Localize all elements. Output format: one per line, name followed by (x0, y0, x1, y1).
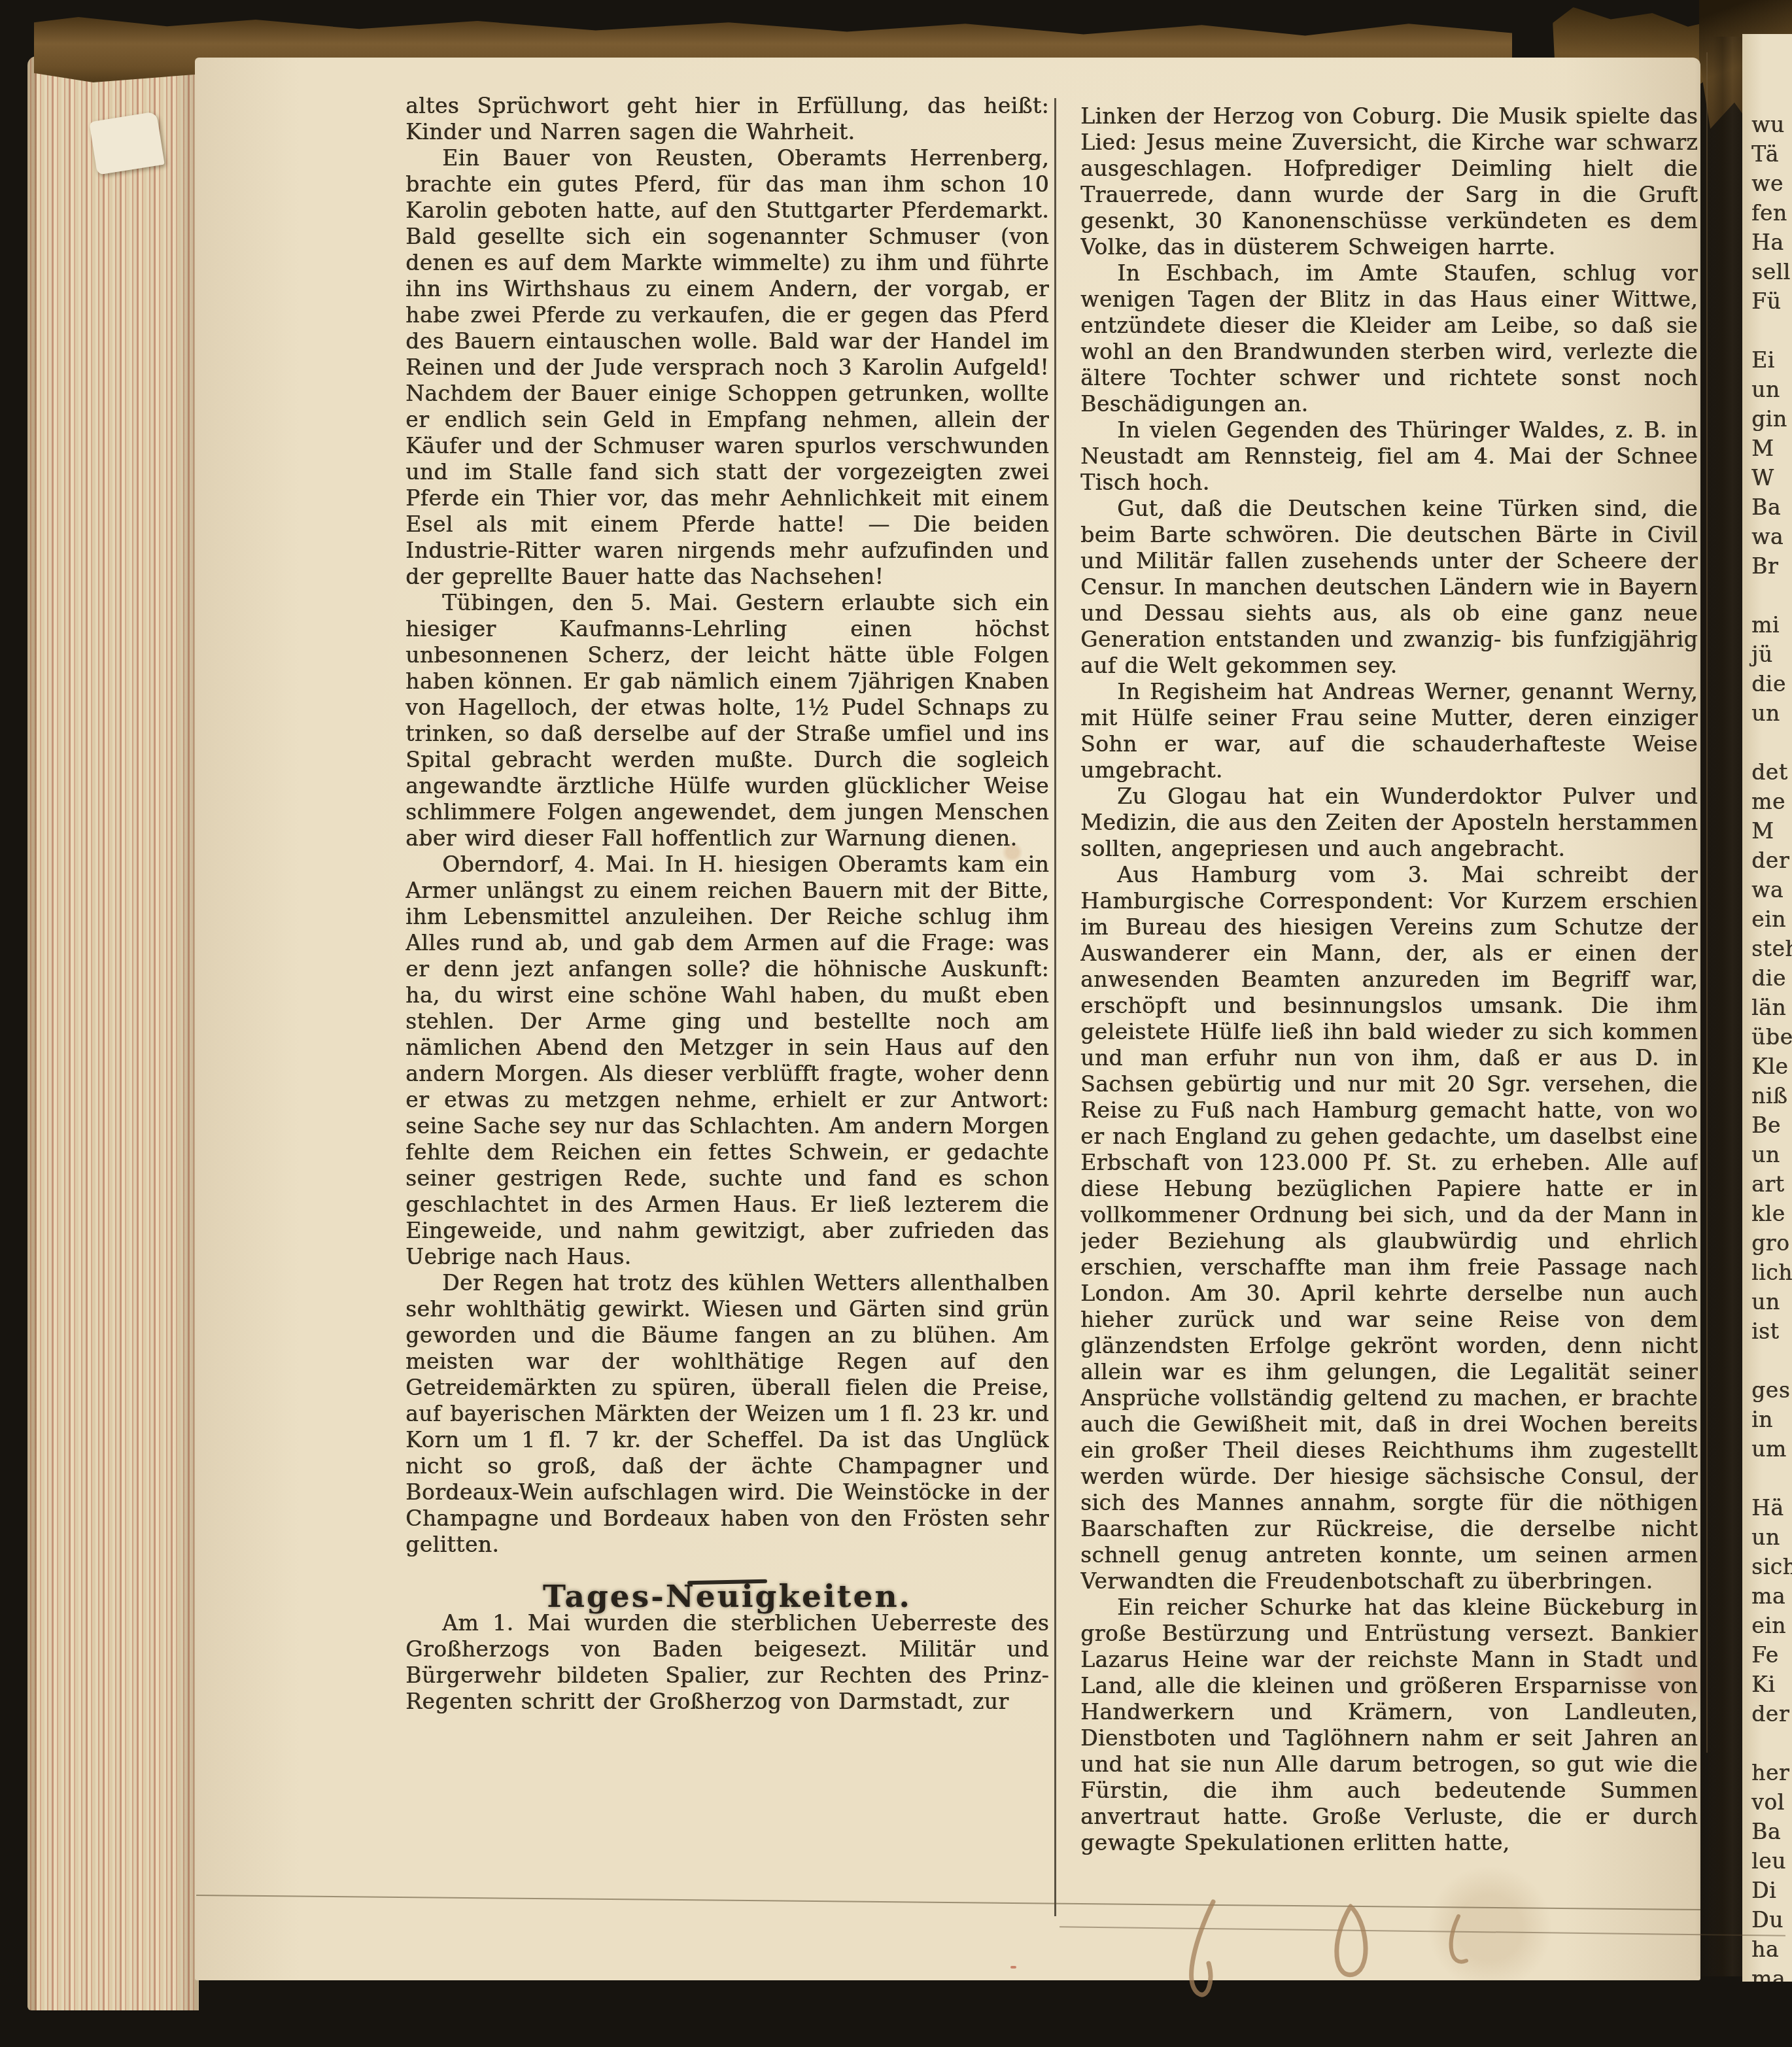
article-paragraph-bueckeburg-bankier: Ein reicher Schurke hat das kleine Bücke… (1080, 1594, 1698, 1856)
page-fold-crease (1706, 52, 1708, 1753)
article-paragraph-oberndorf: Oberndorf, 4. Mai. In H. hiesigen Oberam… (405, 851, 1049, 1270)
article-paragraph-regisheim: In Regisheim hat Andreas Werner, genannt… (1080, 679, 1698, 783)
article-paragraph-tuebingen: Tübingen, den 5. Mai. Gestern erlaubte s… (405, 590, 1049, 851)
next-page-text-fragments: wu Tä we fen Ha sell Fü Ei un gin M W Ba… (1742, 34, 1792, 1982)
column-divider-rule (1054, 98, 1056, 1916)
left-column: altes Sprüchwort geht hier in Erfüllung,… (405, 93, 1049, 1961)
binding-gutter-shadow (1695, 37, 1745, 1976)
article-paragraph-eschbach: In Eschbach, im Amte Staufen, schlug vor… (1080, 260, 1698, 417)
next-page-edge-strip: wu Tä we fen Ha sell Fü Ei un gin M W Ba… (1742, 34, 1792, 1982)
article-paragraph-funeral-continuation: Linken der Herzog von Coburg. Die Musik … (1080, 103, 1698, 260)
right-column: Linken der Herzog von Coburg. Die Musik … (1080, 103, 1698, 1928)
article-paragraph-glogau: Zu Glogau hat ein Wunderdoktor Pulver un… (1080, 783, 1698, 862)
book-scan-page: wu Tä we fen Ha sell Fü Ei un gin M W Ba… (0, 0, 1792, 2047)
article-paragraph-proverb: altes Sprüchwort geht hier in Erfüllung,… (405, 93, 1049, 145)
article-paragraph-baden-funeral: Am 1. Mai wurden die sterblichen Ueberre… (405, 1610, 1049, 1715)
article-paragraph-rain: Der Regen hat trotz des kühlen Wetters a… (405, 1270, 1049, 1558)
article-paragraph-horse-market: Ein Bauer von Reusten, Oberamts Herrenbe… (405, 145, 1049, 590)
handwritten-ink-marks (1151, 1890, 1557, 2008)
article-paragraph-hamburg-auswanderer: Aus Hamburg vom 3. Mai schreibt der Hamb… (1080, 862, 1698, 1594)
paper-tab (89, 111, 165, 175)
section-heading-tages-neuigkeiten: Tages-Neuigkeiten. (405, 1584, 1049, 1610)
red-ink-speck (1010, 1966, 1016, 1969)
article-paragraph-baerte-censur: Gut, daß die Deutschen keine Türken sind… (1080, 496, 1698, 679)
book-fore-edge-pages (27, 56, 199, 2010)
article-paragraph-thueringer-wald: In vielen Gegenden des Thüringer Waldes,… (1080, 417, 1698, 496)
